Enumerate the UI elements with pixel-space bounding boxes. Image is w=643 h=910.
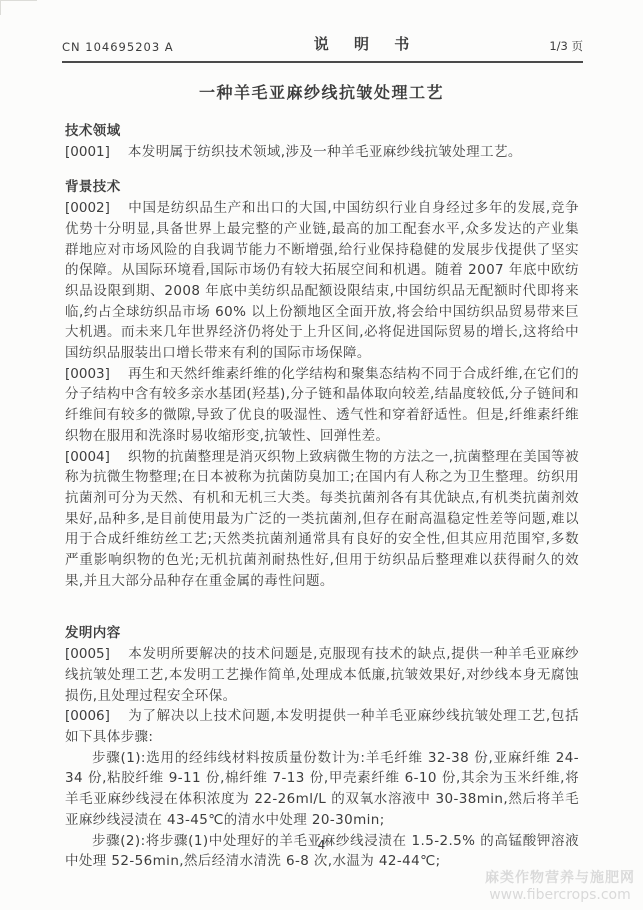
watermark: 麻类作物营养与施肥网 www.fibercrops.com [485,870,635,904]
patent-document-page: CN 104695203 A 说 明 书 1/3 页 一种羊毛亚麻纱线抗皱处理工… [0,0,643,910]
page-number: 4 [0,838,643,852]
paragraph-number: [0005] [65,644,110,665]
section-heading: 技术领域 [65,121,579,142]
page-indicator: 1/3 页 [549,38,583,54]
document-body: 技术领域[0001]本发明属于纺织技术领域,涉及一种羊毛亚麻纱线抗皱处理工艺。背… [65,121,579,872]
document-number: CN 104695203 A [62,40,174,54]
page-header: CN 104695203 A 说 明 书 1/3 页 [62,33,583,63]
document-type-label: 说 明 书 [304,33,419,54]
patent-title: 一种羊毛亚麻纱线抗皱处理工艺 [0,80,643,103]
paragraph-number: [0002] [65,198,110,219]
numbered-paragraph: [0006]为了解决以上技术问题,本发明提供一种羊毛亚麻纱线抗皱处理工艺,包括如… [65,706,579,747]
paragraph-number: [0004] [65,447,110,468]
watermark-site-name: 麻类作物营养与施肥网 [485,870,635,887]
paragraph-number: [0003] [65,364,110,385]
numbered-paragraph: [0001]本发明属于纺织技术领域,涉及一种羊毛亚麻纱线抗皱处理工艺。 [65,142,579,163]
paragraph-number: [0006] [65,706,110,727]
step-paragraph: 步骤(1):选用的经纬线材料按质量份数计为:羊毛纤维 32-38 份,亚麻纤维 … [65,748,579,831]
numbered-paragraph: [0004]织物的抗菌整理是消灭织物上致病微生物的方法之一,抗菌整理在美国等被称… [65,447,579,592]
section-heading: 背景技术 [65,177,579,198]
section-heading: 发明内容 [65,623,579,644]
watermark-url: www.fibercrops.com [485,887,635,904]
paragraph-number: [0001] [65,142,110,163]
numbered-paragraph: [0005]本发明所要解决的技术问题是,克服现有技术的缺点,提供一种羊毛亚麻纱线… [65,644,579,706]
numbered-paragraph: [0002]中国是纺织品生产和出口的大国,中国纺织行业自身经过多年的发展,竞争优… [65,198,579,364]
numbered-paragraph: [0003]再生和天然纤维素纤维的化学结构和聚集态结构不同于合成纤维,在它们的分… [65,364,579,447]
scan-edge-artifact [0,0,37,15]
